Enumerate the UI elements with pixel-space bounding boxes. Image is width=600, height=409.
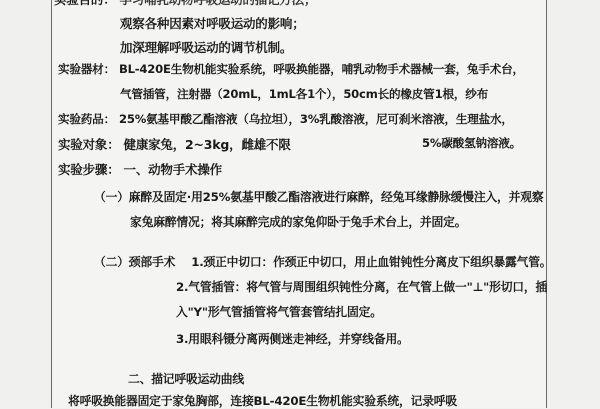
step1-title: 一、动物手术操作 xyxy=(124,162,222,177)
purpose-label: 实验目的： xyxy=(54,0,116,7)
equipment-label: 实验器材： xyxy=(58,62,115,76)
equipment-text-1: BL-420E生物机能实验系统，呼吸换能器，哺乳动物手术器械一套，兔手术台， xyxy=(119,62,524,76)
sub2-item-2-line-1: 2.气管插管：将气管与周围组织钝性分离，在气管上做一"⊥"形切口，插 xyxy=(176,278,547,295)
sub1-line-1: （一）麻醉及固定·用25%氨基甲酸乙酯溶液进行麻醉，经兔耳缘静脉缓慢注入，并观察 xyxy=(94,188,543,205)
step2-line-1: 将呼吸换能器固定于家兔胸部，连接BL-420E生物机能实验系统，记录呼吸 xyxy=(68,392,457,400)
sub1-text-1: ·用25%氨基甲酸乙酯溶液进行麻醉，经兔耳缘静脉缓慢注入，并观察 xyxy=(187,190,544,204)
purpose-text-1: 学习哺乳动物呼吸运动的描记方法； xyxy=(120,0,317,7)
drugs-text-1: 25%氨基甲酸乙酯溶液（乌拉坦），3%乳酸溶液，尼可刹米溶液，生理盐水， xyxy=(119,112,513,126)
subject-text: 健康家兔，2~3kg，雌雄不限 xyxy=(124,137,291,152)
sub2-title: （二）颈部手术 xyxy=(94,255,175,269)
steps-label: 实验步骤： xyxy=(58,162,120,177)
drugs-line-2: 5%碳酸氢钠溶液。 xyxy=(422,135,521,151)
sub2-item-1: 1.颈正中切口：作颈正中切口，用止血钳钝性分离皮下组织暴露气管。 xyxy=(191,255,551,269)
sub2-item-2-line-2: 入"Y"形气管插管将气管套管结扎固定。 xyxy=(176,303,382,320)
purpose-line-3: 加深理解呼吸运动的调节机制。 xyxy=(120,38,292,56)
sub2-item-3: 3.用眼科镊分离两侧迷走神经，并穿线备用。 xyxy=(176,330,409,347)
drugs-line-1: 实验药品：25%氨基甲酸乙酯溶液（乌拉坦），3%乳酸溶液，尼可刹米溶液，生理盐水… xyxy=(58,111,513,127)
subject-label: 实验对象： xyxy=(58,137,120,152)
handwritten-lab-report-sheet: 实验目的：学习哺乳动物呼吸运动的描记方法； 观察各种因素对呼吸运动的影响； 加深… xyxy=(51,0,547,400)
purpose-line-2: 观察各种因素对呼吸运动的影响； xyxy=(120,14,305,32)
purpose-line-1: 实验目的：学习哺乳动物呼吸运动的描记方法； xyxy=(54,0,316,8)
page-background: 实验目的：学习哺乳动物呼吸运动的描记方法； 观察各种因素对呼吸运动的影响； 加深… xyxy=(0,0,600,400)
sub2-line-1: （二）颈部手术1.颈正中切口：作颈正中切口，用止血钳钝性分离皮下组织暴露气管。 xyxy=(94,253,551,270)
drugs-label: 实验药品： xyxy=(58,112,115,126)
subject-line: 实验对象：健康家兔，2~3kg，雌雄不限 xyxy=(58,135,291,153)
sub1-line-2: 家兔麻醉情况；将其麻醉完成的家兔仰卧于兔手术台上，并固定。 xyxy=(130,213,466,230)
sub1-title: （一）麻醉及固定 xyxy=(94,190,187,204)
equipment-line-1: 实验器材：BL-420E生物机能实验系统，呼吸换能器，哺乳动物手术器械一套，兔手… xyxy=(58,61,524,77)
step2-title: 二、描记呼吸运动曲线 xyxy=(128,370,244,387)
steps-line-1: 实验步骤：一、动物手术操作 xyxy=(58,160,222,178)
equipment-line-2: 气管插管，注射器（20mL，1mL各1个），50cm长的橡皮管1根，纱布 xyxy=(120,86,488,102)
